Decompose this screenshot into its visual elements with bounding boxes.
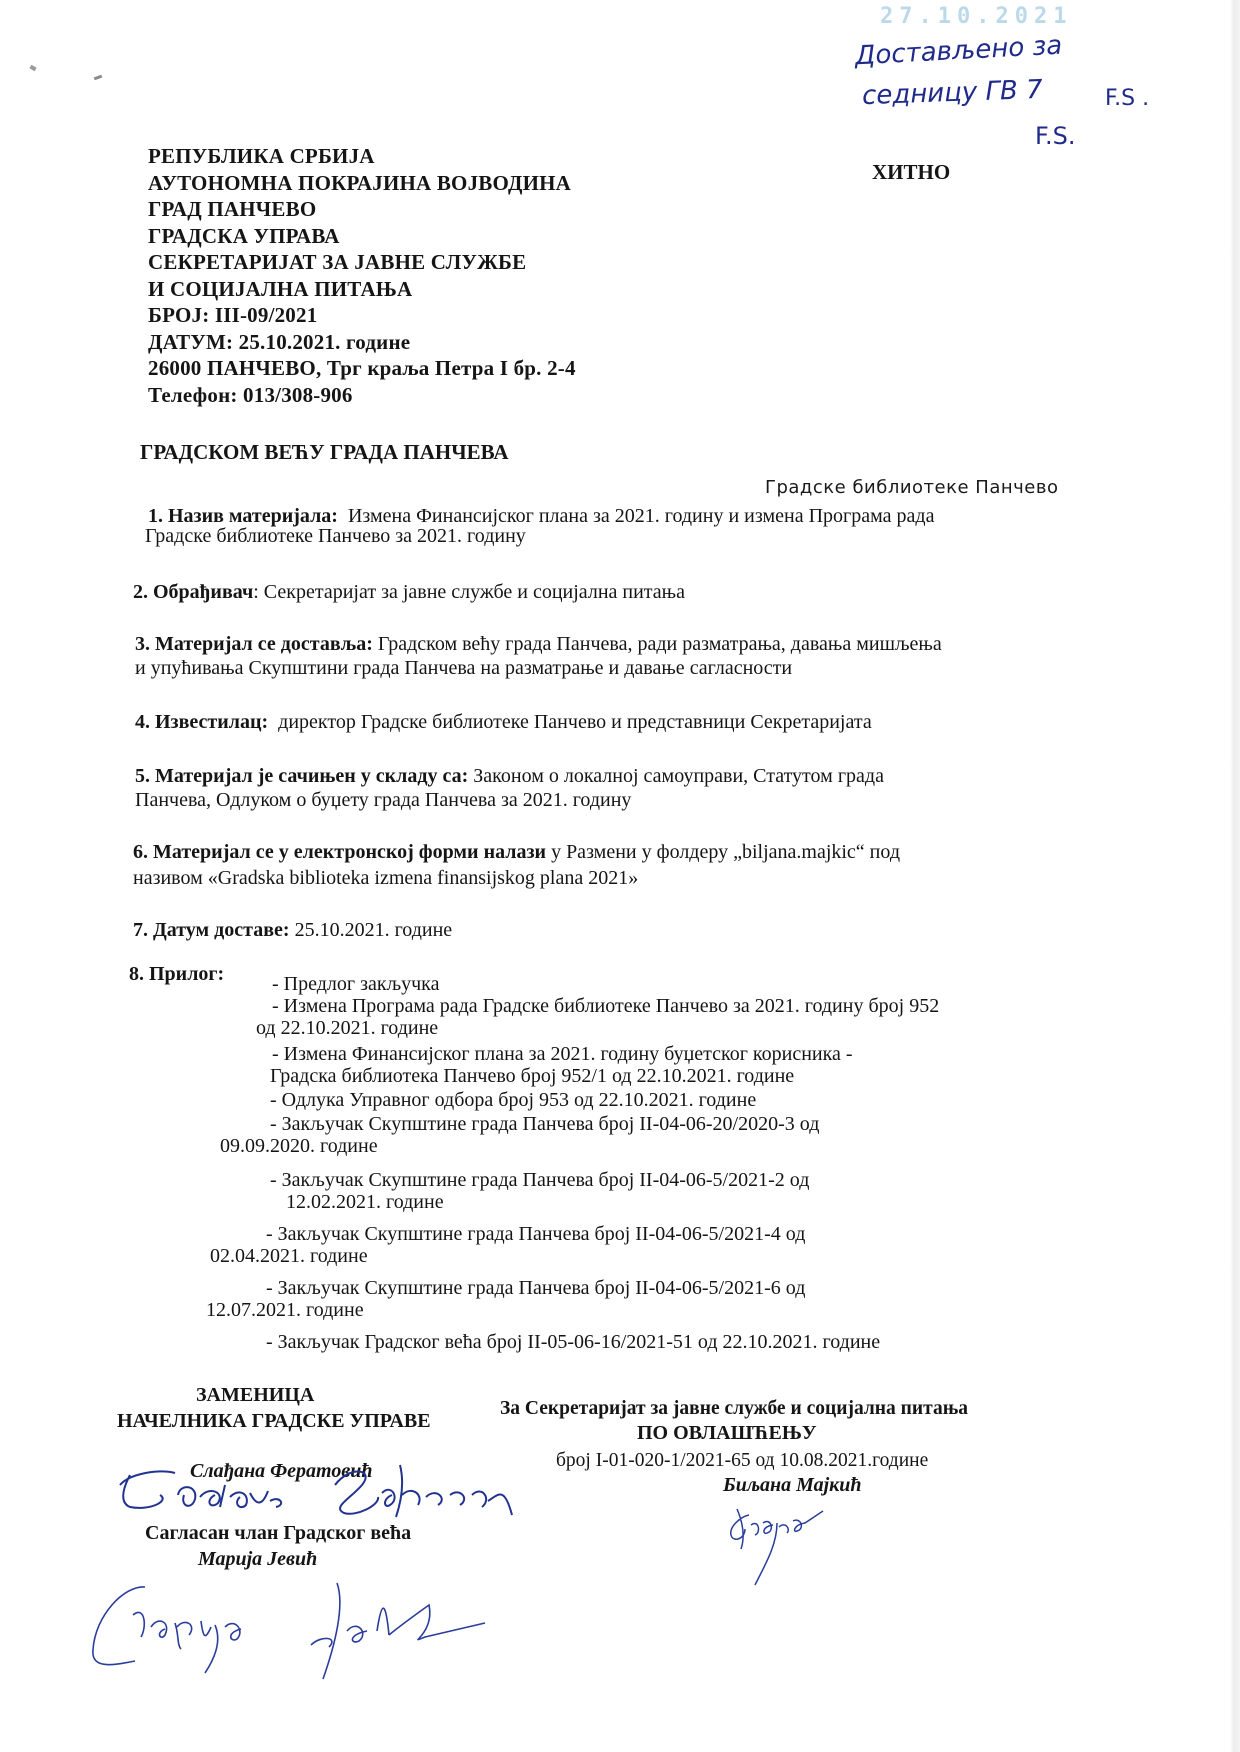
attachment-item-cont: Градска библиотека Панчево број 952/1 од… xyxy=(270,1064,794,1088)
item-2: 2. Обрађивач: Секретаријат за јавне служ… xyxy=(133,580,685,604)
header-line: И СОЦИЈАЛНА ПИТАЊА xyxy=(148,276,576,303)
item-text: 25.10.2021. године xyxy=(295,919,453,941)
authorization-number: број I-01-020-1/2021-65 од 10.08.2021.го… xyxy=(556,1450,928,1472)
signature-feratovic xyxy=(100,1455,540,1525)
received-stamp: 27.10.2021 xyxy=(880,4,1072,29)
item-text: Градском већу града Панчева, ради размат… xyxy=(378,633,942,655)
consent-title: Сагласан члан Градског већа xyxy=(145,1522,411,1545)
secretariat-title: За Секретаријат за јавне службе и соција… xyxy=(500,1398,968,1420)
attachment-item: - Одлука Управног одбора број 953 од 22.… xyxy=(270,1088,756,1112)
item-6-line1: 6. Материјал се у електронској форми нал… xyxy=(133,840,900,864)
attachment-item-cont: 09.09.2020. године xyxy=(220,1134,378,1158)
signatory-title: ЗАМЕНИЦА xyxy=(196,1384,314,1407)
item-7: 7. Датум доставе: 25.10.2021. године xyxy=(133,918,452,942)
item-text: и измена Програма рада xyxy=(728,505,934,527)
scan-speck xyxy=(94,75,103,81)
item-8-label: 8. Прилог: xyxy=(129,962,224,986)
handwritten-initials: F.S . xyxy=(1105,86,1149,111)
attachment-item: - Закључак Скупштине града Панчева број … xyxy=(266,1276,805,1300)
item-text: : Секретаријат за јавне службе и социјал… xyxy=(253,581,685,603)
handwritten-note-line1: Достављено за xyxy=(854,31,1063,72)
handwritten-initials: F.S. xyxy=(1035,122,1075,150)
attachment-item: - Закључак Градског већа број II-05-06-1… xyxy=(266,1330,880,1354)
phone: Телефон: 013/308-906 xyxy=(148,382,576,409)
item-text: директор Градске библиотеке Панчево и пр… xyxy=(278,711,872,733)
item-label: 5. Материјал је сачињен у складу са: xyxy=(135,765,468,787)
attachment-item: - Измена Финансијског плана за 2021. год… xyxy=(272,1042,853,1066)
header-line: ГРАД ПАНЧЕВО xyxy=(148,196,576,223)
item-1-line2: Градске библиотеке Панчево за 2021. годи… xyxy=(145,524,526,548)
header-line: СЕКРЕТАРИЈАТ ЗА ЈАВНЕ СЛУЖБЕ xyxy=(148,249,576,276)
scan-edge xyxy=(1230,0,1240,1752)
handwritten-insert: Градске библиотеке Панчево xyxy=(765,477,1058,498)
item-text: у Размени у фолдеру „biljana.majkic“ под xyxy=(551,841,900,863)
item-6-line2: називом «Gradska biblioteka izmena finan… xyxy=(133,866,638,890)
header-line: АУТОНОМНА ПОКРАЈИНА ВОЈВОДИНА xyxy=(148,170,576,197)
attachment-item-cont: 02.04.2021. године xyxy=(210,1244,368,1268)
attachment-item-cont: од 22.10.2021. године xyxy=(256,1016,438,1040)
urgent-label: ХИТНО xyxy=(872,160,950,185)
consent-name: Марија Јевић xyxy=(198,1548,317,1571)
attachment-item: - Предлог закључка xyxy=(272,972,439,996)
item-label: 2. Обрађивач xyxy=(133,581,253,603)
header-line: ГРАДСКА УПРАВА xyxy=(148,223,576,250)
document-header: РЕПУБЛИКА СРБИЈА АУТОНОМНА ПОКРАЈИНА ВОЈ… xyxy=(148,143,576,408)
authorization-title: ПО ОВЛАШЋЕЊУ xyxy=(637,1422,817,1445)
header-line: РЕПУБЛИКА СРБИЈА xyxy=(148,143,576,170)
recipient-heading: ГРАДСКОМ ВЕЋУ ГРАДА ПАНЧЕВА xyxy=(140,440,509,465)
address: 26000 ПАНЧЕВО, Трг краља Петра I бр. 2-4 xyxy=(148,355,576,382)
signatory-title: НАЧЕЛНИКА ГРАДСКЕ УПРАВЕ xyxy=(117,1410,431,1433)
attachment-item: - Закључак Скупштине града Панчева број … xyxy=(266,1222,805,1246)
item-3-line2: и упућивања Скупштини града Панчева на р… xyxy=(135,656,792,680)
item-4: 4. Известилац: директор Градске библиоте… xyxy=(135,710,872,734)
signature-jevic xyxy=(85,1575,505,1695)
handwritten-note-line2: седницу ГВ 7 xyxy=(862,75,1044,111)
signature-majkic xyxy=(715,1505,875,1590)
item-label: 3. Материјал се доставља: xyxy=(135,633,373,655)
item-label: 4. Известилац: xyxy=(135,711,268,733)
attachment-item: - Измена Програма рада Градске библиотек… xyxy=(272,994,939,1018)
document-number: БРОЈ: III-09/2021 xyxy=(148,302,576,329)
attachment-item-cont: 12.02.2021. године xyxy=(286,1190,444,1214)
signatory-name-majkic: Биљана Мајкић xyxy=(723,1474,862,1497)
scan-speck xyxy=(29,65,36,71)
item-text: Законом о локалној самоуправи, Статутом … xyxy=(473,765,884,787)
item-label: 7. Датум доставе: xyxy=(133,919,290,941)
document-date: ДАТУМ: 25.10.2021. године xyxy=(148,329,576,356)
attachment-item: - Закључак Скупштине града Панчева број … xyxy=(270,1168,809,1192)
attachment-item: - Закључак Скупштине града Панчева број … xyxy=(270,1112,819,1136)
item-3-line1: 3. Материјал се доставља: Градском већу … xyxy=(135,632,942,656)
item-5-line2: Панчева, Одлуком о буџету града Панчева … xyxy=(135,788,631,812)
attachment-item-cont: 12.07.2021. године xyxy=(206,1298,364,1322)
item-5-line1: 5. Материјал је сачињен у складу са: Зак… xyxy=(135,764,884,788)
item-label: 6. Материјал се у електронској форми нал… xyxy=(133,841,546,863)
